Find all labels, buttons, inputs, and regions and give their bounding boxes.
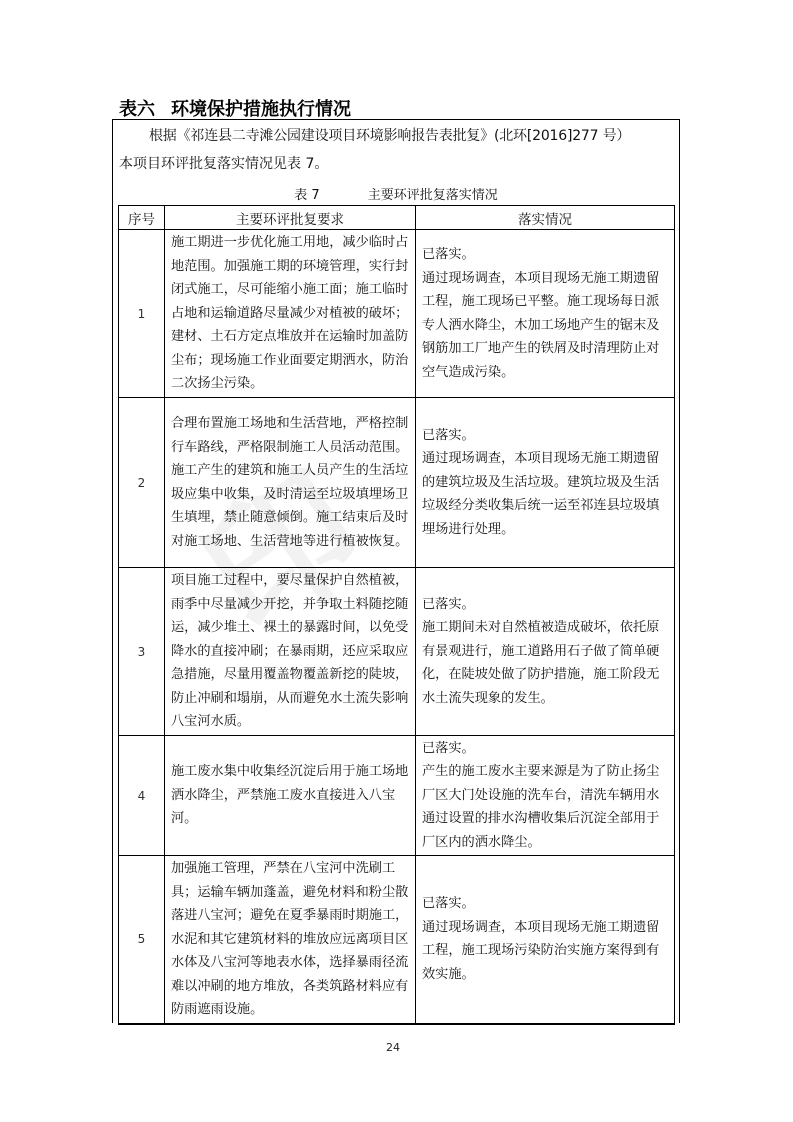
table-header-row: 序号 主要环评批复要求 落实情况 xyxy=(119,206,675,230)
section-heading: 环境保护措施执行情况 xyxy=(171,99,351,120)
approval-table: 序号 主要环评批复要求 落实情况 1 施工期进一步优化施工用地，减少临时占地范围… xyxy=(118,205,675,1025)
row-seq: 3 xyxy=(119,568,165,736)
row-seq: 5 xyxy=(119,856,165,1024)
row-result: 已落实。 通过现场调查，本项目现场无施工期遗留工程，施工现场已平整。施工现场每日… xyxy=(416,230,675,398)
row-status: 已落实。 xyxy=(422,424,668,448)
section-title: 表六环境保护措施执行情况 xyxy=(119,95,351,121)
intro-line-1: 根据《祁连县二寺滩公园建设项目环境影响报告表批复》(北环[2016]277 号） xyxy=(119,122,675,150)
table-row: 2 合理布置施工场地和生活营地，严格控制行车路线，严格限制施工人员活动范围。施工… xyxy=(119,398,675,568)
table-row: 1 施工期进一步优化施工用地，减少临时占地范围。加强施工期的环境管理，实行封闭式… xyxy=(119,230,675,398)
section-number: 表六 xyxy=(119,99,155,120)
row-result: 已落实。 产生的施工废水主要来源是为了防止扬尘厂区大门处设施的洗车台，清洗车辆用… xyxy=(416,736,675,856)
table-row: 5 加强施工管理，严禁在八宝河中洗刷工具；运输车辆加蓬盖，避免材料和粉尘散落进八… xyxy=(119,856,675,1024)
row-result-text: 通过现场调查，本项目现场无施工期遗留工程，施工现场已平整。施工现场每日派专人洒水… xyxy=(422,271,659,380)
table-caption-label: 表 7 xyxy=(294,188,319,203)
row-requirement: 施工废水集中收集经沉淀后用于施工场地洒水降尘，严禁施工废水直接进入八宝河。 xyxy=(165,736,416,856)
row-status: 已落实。 xyxy=(422,892,668,916)
table-row: 3 项目施工过程中，要尽量保护自然植被，雨季中尽量减少开挖，并争取土料随挖随运，… xyxy=(119,568,675,736)
row-requirement: 项目施工过程中，要尽量保护自然植被，雨季中尽量减少开挖，并争取土料随挖随运，减少… xyxy=(165,568,416,736)
row-result-text: 通过现场调查，本项目现场无施工期遗留工程，施工现场污染防治实施方案得到有效实施。 xyxy=(422,920,659,982)
row-seq: 2 xyxy=(119,398,165,568)
row-result-text: 产生的施工废水主要来源是为了防止扬尘厂区大门处设施的洗车台，清洗车辆用水通过设置… xyxy=(422,764,659,850)
intro-line-2: 本项目环评批复落实情况见表 7。 xyxy=(119,150,675,178)
header-result: 落实情况 xyxy=(416,206,675,230)
row-result-text: 施工期间未对自然植被造成破坏，依托原有景观进行，施工道路用石子做了简单硬化，在陡… xyxy=(422,620,659,706)
row-requirement: 加强施工管理，严禁在八宝河中洗刷工具；运输车辆加蓬盖，避免材料和粉尘散落进八宝河… xyxy=(165,856,416,1024)
row-requirement: 施工期进一步优化施工用地，减少临时占地范围。加强施工期的环境管理，实行封闭式施工… xyxy=(165,230,416,398)
row-seq: 4 xyxy=(119,736,165,856)
row-result: 已落实。 通过现场调查，本项目现场无施工期遗留的建筑垃圾及生活垃圾。建筑垃圾及生… xyxy=(416,398,675,568)
row-status: 已落实。 xyxy=(422,593,668,617)
row-requirement: 合理布置施工场地和生活营地，严格控制行车路线，严格限制施工人员活动范围。施工产生… xyxy=(165,398,416,568)
row-result-text: 通过现场调查，本项目现场无施工期遗留的建筑垃圾及生活垃圾。建筑垃圾及生活垃圾经分… xyxy=(422,451,659,537)
table-caption-title: 主要环评批复落实情况 xyxy=(368,188,498,203)
header-requirement: 主要环评批复要求 xyxy=(165,206,416,230)
row-result: 已落实。 施工期间未对自然植被造成破坏，依托原有景观进行，施工道路用石子做了简单… xyxy=(416,568,675,736)
row-status: 已落实。 xyxy=(422,737,668,761)
row-result: 已落实。 通过现场调查，本项目现场无施工期遗留工程，施工现场污染防治实施方案得到… xyxy=(416,856,675,1024)
header-seq: 序号 xyxy=(119,206,165,230)
row-seq: 1 xyxy=(119,230,165,398)
intro-paragraph: 根据《祁连县二寺滩公园建设项目环境影响报告表批复》(北环[2016]277 号）… xyxy=(119,122,675,178)
row-status: 已落实。 xyxy=(422,243,668,267)
page-number: 24 xyxy=(386,1041,400,1054)
table-caption: 表 7主要环评批复落实情况 xyxy=(118,184,674,203)
table-row: 4 施工废水集中收集经沉淀后用于施工场地洒水降尘，严禁施工废水直接进入八宝河。 … xyxy=(119,736,675,856)
